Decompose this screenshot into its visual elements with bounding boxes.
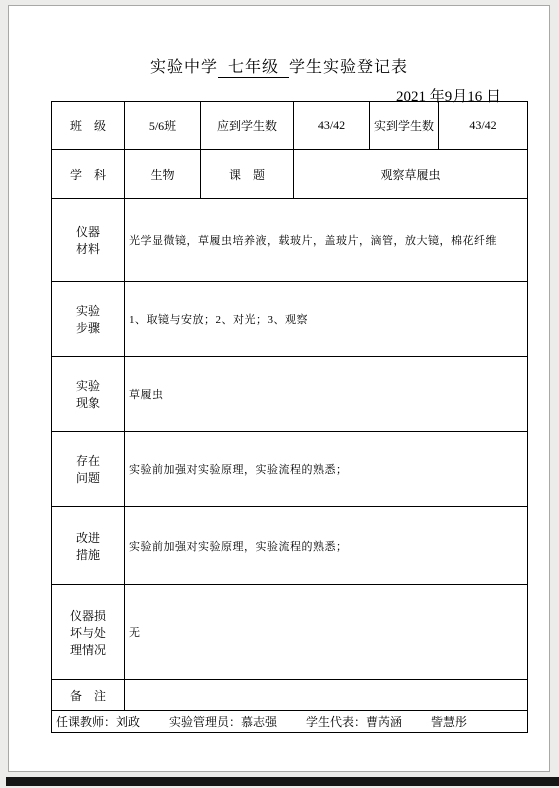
page-title: 实验中学七年级学生实验登记表: [9, 54, 549, 78]
topic-label: 课 题: [201, 150, 294, 199]
steps-label: 实验 步骤: [52, 282, 125, 357]
problems-label: 存在 问题: [52, 432, 125, 507]
title-suffix: 学生实验登记表: [289, 59, 408, 76]
table-row-phenomena: 实验 现象 草履虫: [52, 357, 528, 432]
topic-value: 观察草履虫: [294, 150, 528, 199]
manager-signature: 实验管理员：慕志强: [169, 715, 277, 729]
damage-label: 仪器损 坏与处 理情况: [52, 585, 125, 680]
improvements-content: 实验前加强对实验原理，实验流程的熟悉；: [125, 507, 528, 585]
damage-content: 无: [125, 585, 528, 680]
actual-students-label: 实到学生数: [370, 102, 439, 150]
equipment-content: 光学显微镜，草履虫培养液，载玻片，盖玻片，滴管，放大镜，棉花纤维: [125, 199, 528, 282]
table-row-remarks: 备 注: [52, 680, 528, 711]
title-prefix: 实验中学: [150, 59, 218, 76]
table-row-class: 班 级 5/6班 应到学生数 43/42 实到学生数 43/42: [52, 102, 528, 150]
student-rep-signature: 学生代表：曹芮涵: [306, 715, 402, 729]
remarks-label: 备 注: [52, 680, 125, 711]
table-row-improvements: 改进 措施 实验前加强对实验原理，实验流程的熟悉；: [52, 507, 528, 585]
table-row-damage: 仪器损 坏与处 理情况 无: [52, 585, 528, 680]
class-value: 5/6班: [125, 102, 201, 150]
steps-content: 1、取镜与安放；2、对光；3、观察: [125, 282, 528, 357]
title-grade-underlined: 七年级: [218, 54, 289, 78]
subject-label: 学 科: [52, 150, 125, 199]
table-row-equipment: 仪器 材料 光学显微镜，草履虫培养液，载玻片，盖玻片，滴管，放大镜，棉花纤维: [52, 199, 528, 282]
improvements-label: 改进 措施: [52, 507, 125, 585]
subject-value: 生物: [125, 150, 201, 199]
table-row-subject: 学 科 生物 课 题 观察草履虫: [52, 150, 528, 199]
expected-students-label: 应到学生数: [201, 102, 294, 150]
actual-students-value: 43/42: [439, 102, 528, 150]
problems-content: 实验前加强对实验原理，实验流程的熟悉；: [125, 432, 528, 507]
table-row-signatures: 任课教师：刘政 实验管理员：慕志强 学生代表：曹芮涵 訾慧彤: [52, 711, 528, 733]
screen: 实验中学七年级学生实验登记表 2021 年9月16 日 班 级 5/6班 应到学…: [0, 0, 559, 788]
phenomena-content: 草履虫: [125, 357, 528, 432]
experiment-registration-table: 班 级 5/6班 应到学生数 43/42 实到学生数 43/42 学 科 生物 …: [51, 101, 528, 733]
table-row-problems: 存在 问题 实验前加强对实验原理，实验流程的熟悉；: [52, 432, 528, 507]
teacher-signature: 任课教师：刘政: [56, 715, 140, 729]
document-page: 实验中学七年级学生实验登记表 2021 年9月16 日 班 级 5/6班 应到学…: [8, 5, 550, 772]
signatures-cell: 任课教师：刘政 实验管理员：慕志强 学生代表：曹芮涵 訾慧彤: [52, 711, 528, 733]
equipment-label: 仪器 材料: [52, 199, 125, 282]
table-row-steps: 实验 步骤 1、取镜与安放；2、对光；3、观察: [52, 282, 528, 357]
page-bottom-shadow: [6, 777, 559, 786]
phenomena-label: 实验 现象: [52, 357, 125, 432]
remarks-content: [125, 680, 528, 711]
expected-students-value: 43/42: [294, 102, 370, 150]
class-label: 班 级: [52, 102, 125, 150]
student-rep-signature-2: 訾慧彤: [431, 715, 467, 729]
